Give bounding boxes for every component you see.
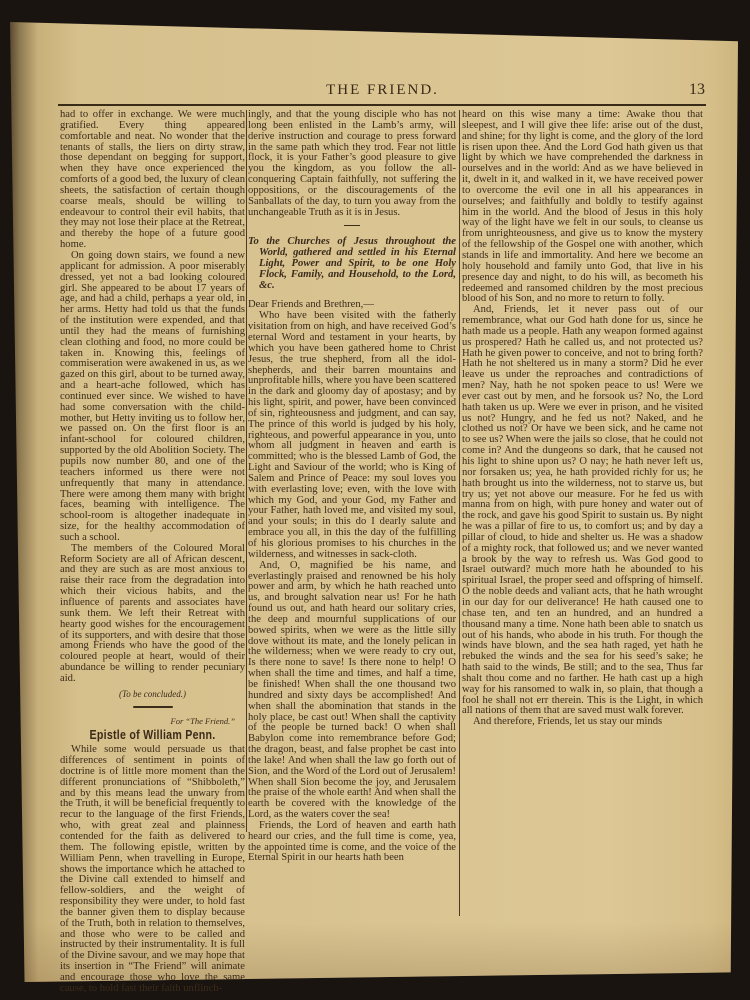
left-column: had to offer in exchange. We were much g… <box>60 110 245 995</box>
paragraph: While some would persuade us that differ… <box>60 745 245 994</box>
paragraph: heard on this wise many a time: Awake th… <box>462 110 703 305</box>
column-divider <box>246 110 247 832</box>
paragraph: had to offer in exchange. We were much g… <box>60 110 245 251</box>
page-number: 13 <box>689 81 705 99</box>
article-title: Epistle of William Penn. <box>74 730 231 741</box>
paragraph: And, Friends, let it never pass out of o… <box>462 305 703 717</box>
epistle-address: To the Churches of Jesus throughout the … <box>248 236 456 291</box>
byline: For “The Friend.” <box>60 716 245 727</box>
middle-column: ingly, and that the young disciple who h… <box>248 110 456 864</box>
paragraph: And therefore, Friends, let us stay our … <box>462 717 703 728</box>
running-title: THE FRIEND. <box>60 82 705 99</box>
paragraph: The members of the Coloured Moral Reform… <box>60 544 245 685</box>
paragraph: On going down stairs, we found a new app… <box>60 251 245 544</box>
paragraph: And, O, magnified be his name, and everl… <box>248 561 456 821</box>
right-column: heard on this wise many a time: Awake th… <box>462 110 703 728</box>
to-be-concluded-note: (To be concluded.) <box>60 689 245 700</box>
section-divider <box>133 706 173 708</box>
paragraph: Who have been visited with the fatherly … <box>248 311 456 560</box>
paragraph: Friends, the Lord of heaven and earth ha… <box>248 821 456 864</box>
header-rule <box>58 104 706 106</box>
column-divider <box>459 110 460 916</box>
page-header: THE FRIEND. 13 <box>60 82 705 102</box>
paragraph: ingly, and that the young disciple who h… <box>248 110 456 218</box>
section-divider <box>344 225 360 226</box>
